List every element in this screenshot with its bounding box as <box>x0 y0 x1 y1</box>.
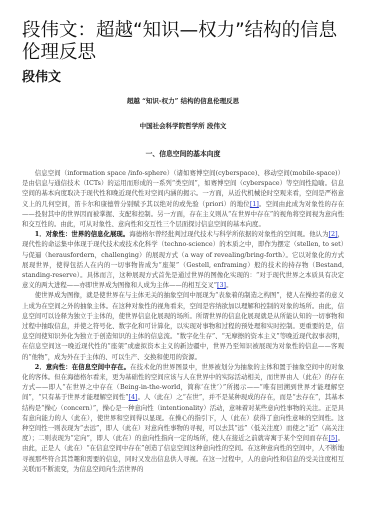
paragraph-2: 1．对象性：世界的信息化展现。海德格尔曾经批判过现代技术与科学所依据的对象性的空… <box>22 229 344 290</box>
document-body: 超越 “知识-权力” 结构的信息伦理反思 中国社会科学院哲学所 段伟文 一、信息… <box>22 96 344 474</box>
paragraph-4: 2．意向性：在信息空间中存在。在技术化的世界图景中，世界被划分为抽象的主体和置于… <box>22 362 344 474</box>
paragraph-lead-heading: 2．意向性：在信息空间中存在。 <box>35 363 130 371</box>
citation-link-3[interactable]: [3] <box>217 281 226 289</box>
citation-link-2[interactable]: [2] <box>329 230 338 238</box>
document-subtitle: 超越 “知识-权力” 结构的信息伦理反思 <box>22 96 344 105</box>
section-heading: 一、信息空间的基本向度 <box>22 148 344 158</box>
paragraph-1: 信息空间（information space /info-sphere）（诸如赛… <box>22 168 344 229</box>
paragraph-text: ，现代性的命运集中体现于现代技术或技术化科学（techno-science）的本… <box>22 230 344 289</box>
paragraph-lead-heading: 1．对象性：世界的信息化展现。 <box>35 230 129 238</box>
author-name: 段伟文 <box>22 66 61 85</box>
author-affiliation: 中国社会科学院哲学所 段伟文 <box>22 121 344 130</box>
paragraph-text: 。 <box>226 281 232 289</box>
citation-link-4[interactable]: [4] <box>128 393 137 401</box>
citation-link-5[interactable]: [5] <box>328 434 337 442</box>
citation-link-1[interactable]: [1] <box>250 200 259 208</box>
paragraph-text: 海德格尔曾经批判过现代技术与科学所依据的对象性的空间观。他认为 <box>129 230 328 238</box>
paragraph-3: 使世界成为图像，就是使世界在与主体无关的抽象空间中展现为“表象着的制造之构图”，… <box>22 290 344 361</box>
page-title: 段伟文：超越“知识—权力”结构的信息伦理反思 <box>22 20 352 64</box>
